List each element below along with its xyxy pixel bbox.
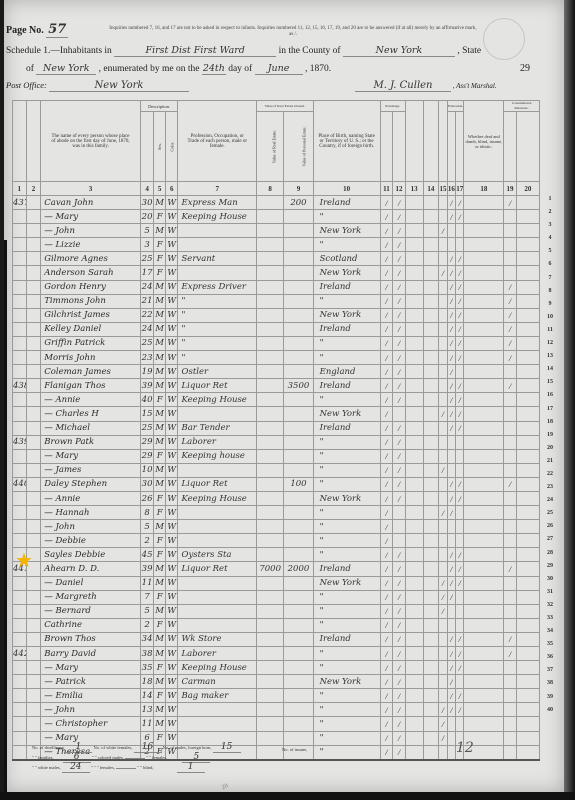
cell-occupation xyxy=(178,604,257,618)
line-number: 40 xyxy=(540,704,560,717)
schedule-label: Schedule 1.—Inhabitants in xyxy=(6,46,112,56)
line-number: 33 xyxy=(540,612,560,625)
cell-color: W xyxy=(165,520,178,534)
colored-females-value xyxy=(116,768,136,769)
cell-infirm xyxy=(464,252,504,266)
cell-read: / xyxy=(447,196,455,210)
cell-personal xyxy=(284,604,313,618)
cell-sex: M xyxy=(154,604,166,618)
cell-real xyxy=(257,238,284,252)
cell-denied xyxy=(516,745,539,760)
cell-f: / xyxy=(380,379,393,393)
cell-married xyxy=(423,365,439,379)
cell-f: / xyxy=(380,407,393,421)
cell-read: / xyxy=(447,689,455,703)
cell-born xyxy=(405,336,423,350)
cell-dwelling: 442 xyxy=(13,647,27,661)
cell-name: Sayles Debbie xyxy=(41,548,141,562)
cell-f: / xyxy=(380,506,393,520)
cell-family xyxy=(26,407,41,421)
cell-infirm xyxy=(464,618,504,632)
cell-married xyxy=(423,421,439,435)
cell-real: 7000 xyxy=(257,562,284,576)
cell-dwelling xyxy=(13,407,27,421)
cell-sch xyxy=(439,477,447,491)
cell-sch xyxy=(439,689,447,703)
cell-f: / xyxy=(380,548,393,562)
cell-color: W xyxy=(165,435,178,449)
cell-born xyxy=(405,632,423,646)
cell-personal xyxy=(284,548,313,562)
cell-infirm xyxy=(464,647,504,661)
cell-cit xyxy=(504,506,517,520)
line-numbers: 1234567891011121314151617181920212223242… xyxy=(540,193,560,717)
cell-m: / xyxy=(393,703,406,717)
cell-infirm xyxy=(464,463,504,477)
cell-birth: " xyxy=(313,731,380,745)
foreign-males-label: No. of males, foreign born, xyxy=(163,745,212,750)
cell-married xyxy=(423,294,439,308)
cell-m: / xyxy=(393,393,406,407)
table-row: Kelley Daniel24MW"Ireland///// xyxy=(13,322,540,336)
cell-family xyxy=(26,477,41,491)
table-row: Anderson Sarah17FWNew York///// xyxy=(13,266,540,280)
cell-color: W xyxy=(165,661,178,675)
cell-occupation xyxy=(178,520,257,534)
cell-personal xyxy=(284,647,313,661)
col-num: 18 xyxy=(464,182,504,196)
cell-family xyxy=(26,463,41,477)
cell-read: / xyxy=(447,365,455,379)
cell-sex: F xyxy=(154,590,166,604)
line-number: 13 xyxy=(540,350,560,363)
cell-family xyxy=(26,590,41,604)
cell-personal xyxy=(284,632,313,646)
cell-personal xyxy=(284,449,313,463)
cell-color: W xyxy=(165,632,178,646)
cell-read xyxy=(447,463,455,477)
cell-age: 15 xyxy=(140,407,154,421)
cell-birth: New York xyxy=(313,224,380,238)
cell-denied xyxy=(516,224,539,238)
cell-sch xyxy=(439,491,447,505)
line-number: 28 xyxy=(540,547,560,560)
cell-cit xyxy=(504,435,517,449)
cell-write: / xyxy=(456,562,464,576)
cell-married xyxy=(423,196,439,210)
cell-dwelling xyxy=(13,280,27,294)
schedule-line: Schedule 1.—Inhabitants in First Dist Fi… xyxy=(6,45,481,57)
cell-sex: M xyxy=(154,421,166,435)
cell-f: / xyxy=(380,731,393,745)
cell-sch xyxy=(439,745,447,760)
cell-dwelling xyxy=(13,731,27,745)
cell-personal: 3500 xyxy=(284,379,313,393)
table-row: — Bernard5MW"/// xyxy=(13,604,540,618)
cell-name: — Emilia xyxy=(41,689,141,703)
cell-real xyxy=(257,407,284,421)
cell-occupation: Oysters Sta xyxy=(178,548,257,562)
cell-family xyxy=(26,294,41,308)
cell-write xyxy=(456,675,464,689)
cell-born xyxy=(405,365,423,379)
cell-dwelling xyxy=(13,661,27,675)
cell-f: / xyxy=(380,266,393,280)
table-row: Griffin Patrick25MW""///// xyxy=(13,336,540,350)
cell-color: W xyxy=(165,576,178,590)
col-married-year-header: If married within the year, state month. xyxy=(423,101,439,182)
cell-infirm xyxy=(464,506,504,520)
cell-name: Brown Thos xyxy=(41,632,141,646)
cell-sex: F xyxy=(154,548,166,562)
cell-name: — Bernard xyxy=(41,604,141,618)
page-summary: No. of dwellings, 1 No. of white females… xyxy=(32,742,241,772)
cell-denied xyxy=(516,463,539,477)
cell-real xyxy=(257,266,284,280)
cell-family xyxy=(26,280,41,294)
cell-birth: " xyxy=(313,661,380,675)
cell-name: — Hannah xyxy=(41,506,141,520)
line-number: 14 xyxy=(540,363,560,376)
cell-dwelling xyxy=(13,717,27,731)
cell-sex: F xyxy=(154,238,166,252)
cell-occupation xyxy=(178,703,257,717)
cell-cit xyxy=(504,224,517,238)
cell-occupation: Express Man xyxy=(178,196,257,210)
cell-real xyxy=(257,365,284,379)
cell-born xyxy=(405,717,423,731)
cell-personal xyxy=(284,393,313,407)
cell-sch xyxy=(439,379,447,393)
month-value: June xyxy=(255,63,303,75)
cell-family xyxy=(26,238,41,252)
col-num: 6 xyxy=(165,182,178,196)
col-born-year-header: If born within the year, state month. xyxy=(405,101,423,182)
cell-cit xyxy=(504,421,517,435)
cell-occupation: " xyxy=(178,294,257,308)
col-mother-foreign-header: Mother of foreign birth. xyxy=(393,112,406,182)
line-number: 29 xyxy=(540,560,560,573)
dwellings-label: No. of dwellings, xyxy=(32,745,63,750)
col-father-foreign-header: Father of foreign birth. xyxy=(380,112,393,182)
cell-denied xyxy=(516,322,539,336)
cell-f: / xyxy=(380,463,393,477)
cell-personal: 200 xyxy=(284,196,313,210)
table-row: 441Ahearn D. D.39MWLiquor Ret70002000Ire… xyxy=(13,562,540,576)
line-number: 24 xyxy=(540,494,560,507)
table-row: Coleman James19MWOstlerEngland/// xyxy=(13,365,540,379)
cell-denied xyxy=(516,351,539,365)
cell-sex: F xyxy=(154,618,166,632)
cell-birth: " xyxy=(313,477,380,491)
page-bottom-edge xyxy=(0,792,575,800)
cell-dwelling xyxy=(13,604,27,618)
cell-dwelling xyxy=(13,534,27,548)
cell-occupation: Wk Store xyxy=(178,632,257,646)
cell-family xyxy=(26,210,41,224)
cell-sex: M xyxy=(154,562,166,576)
summary-line-1: No. of dwellings, 1 No. of white females… xyxy=(32,742,241,752)
cell-occupation: Laborer xyxy=(178,647,257,661)
cell-birth: " xyxy=(313,590,380,604)
enumerated-label: , enumerated by me on the xyxy=(99,64,200,74)
cell-sch xyxy=(439,280,447,294)
cell-born xyxy=(405,647,423,661)
cell-real xyxy=(257,336,284,350)
cell-m: / xyxy=(393,562,406,576)
line-number: 10 xyxy=(540,311,560,324)
cell-m: / xyxy=(393,238,406,252)
cell-family xyxy=(26,506,41,520)
cell-denied xyxy=(516,534,539,548)
cell-dwelling xyxy=(13,632,27,646)
education-group-header: Education. xyxy=(447,101,464,112)
cell-born xyxy=(405,703,423,717)
cell-read xyxy=(447,618,455,632)
line-number: 32 xyxy=(540,599,560,612)
line-number: 3 xyxy=(540,219,560,232)
cell-occupation: Carman xyxy=(178,675,257,689)
cell-infirm xyxy=(464,717,504,731)
table-row: — Mary20FWKeeping House"//// xyxy=(13,210,540,224)
col-citizen-header: Male Citizens of U. S. of 21 years of ag… xyxy=(504,112,517,182)
cell-name: — Christopher xyxy=(41,717,141,731)
cell-married xyxy=(423,280,439,294)
line-number: 7 xyxy=(540,272,560,285)
cell-sch xyxy=(439,393,447,407)
cell-occupation xyxy=(178,238,257,252)
cell-color: W xyxy=(165,322,178,336)
cell-color: W xyxy=(165,421,178,435)
cell-married xyxy=(423,322,439,336)
cell-write: / xyxy=(456,266,464,280)
cell-f: / xyxy=(380,336,393,350)
cell-married xyxy=(423,745,439,760)
colored-males-value xyxy=(125,758,145,759)
cell-read: / xyxy=(447,675,455,689)
cell-write: / xyxy=(456,647,464,661)
cell-family xyxy=(26,534,41,548)
cell-read: / xyxy=(447,576,455,590)
cell-sch xyxy=(439,435,447,449)
table-row: Morris John23MW""///// xyxy=(13,351,540,365)
cell-birth: New York xyxy=(313,407,380,421)
column-number-row: 1 2 3 4 5 6 7 8 9 10 11 12 13 14 15 16 1… xyxy=(13,182,540,196)
cell-personal xyxy=(284,294,313,308)
cell-personal xyxy=(284,252,313,266)
cell-cit xyxy=(504,703,517,717)
cell-dwelling xyxy=(13,506,27,520)
table-row: — Emilia14FWBag maker"//// xyxy=(13,689,540,703)
cell-cit xyxy=(504,491,517,505)
cell-name: — John xyxy=(41,520,141,534)
line-number: 19 xyxy=(540,429,560,442)
cell-personal xyxy=(284,463,313,477)
cell-name: — Michael xyxy=(41,421,141,435)
cell-m xyxy=(393,407,406,421)
cell-real xyxy=(257,224,284,238)
cell-infirm xyxy=(464,294,504,308)
cell-cit xyxy=(504,689,517,703)
cell-sex: M xyxy=(154,435,166,449)
cell-personal xyxy=(284,731,313,745)
cell-color: W xyxy=(165,562,178,576)
cell-real xyxy=(257,717,284,731)
cell-cit: / xyxy=(504,322,517,336)
cell-denied xyxy=(516,421,539,435)
cell-personal xyxy=(284,491,313,505)
cell-married xyxy=(423,661,439,675)
cell-occupation: Keeping House xyxy=(178,393,257,407)
description-group-header: Description. xyxy=(140,101,178,112)
cell-cit: / xyxy=(504,379,517,393)
cell-f: / xyxy=(380,689,393,703)
line-number: 1 xyxy=(540,193,560,206)
cell-name: Flanigan Thos xyxy=(41,379,141,393)
cell-write: / xyxy=(456,477,464,491)
table-row: Sayles Debbie45FWOysters Sta"//// xyxy=(13,548,540,562)
cell-occupation: Liquor Ret xyxy=(178,562,257,576)
cell-sch xyxy=(439,632,447,646)
cell-write: / xyxy=(456,196,464,210)
cell-married xyxy=(423,463,439,477)
cell-personal xyxy=(284,534,313,548)
cell-write: / xyxy=(456,689,464,703)
cell-infirm xyxy=(464,661,504,675)
cell-sex: F xyxy=(154,534,166,548)
cell-born xyxy=(405,506,423,520)
cell-m: / xyxy=(393,491,406,505)
cell-denied xyxy=(516,661,539,675)
cell-born xyxy=(405,491,423,505)
cell-born xyxy=(405,266,423,280)
cell-write xyxy=(456,717,464,731)
cell-married xyxy=(423,689,439,703)
colored-females-label: " " " females, xyxy=(91,765,115,770)
cell-sch: / xyxy=(439,224,447,238)
cell-personal xyxy=(284,308,313,322)
cell-m: / xyxy=(393,675,406,689)
cell-married xyxy=(423,224,439,238)
cell-infirm xyxy=(464,196,504,210)
cell-age: 17 xyxy=(140,266,154,280)
cell-married xyxy=(423,576,439,590)
cell-birth: " xyxy=(313,618,380,632)
cell-sch: / xyxy=(439,266,447,280)
cell-age: 19 xyxy=(140,365,154,379)
cell-birth: New York xyxy=(313,576,380,590)
cell-occupation: Keeping house xyxy=(178,449,257,463)
cell-real xyxy=(257,590,284,604)
group-header-row: Dwelling-houses, numbered in the order o… xyxy=(13,101,540,112)
cell-real xyxy=(257,632,284,646)
cell-sex: F xyxy=(154,210,166,224)
cell-infirm xyxy=(464,548,504,562)
cell-occupation: Laborer xyxy=(178,435,257,449)
cell-birth: " xyxy=(313,435,380,449)
col-personal-estate-header: Value of Personal Estate. xyxy=(284,112,313,182)
foreign-males-value: 15 xyxy=(213,742,241,753)
cell-write: / xyxy=(456,280,464,294)
cell-color: W xyxy=(165,477,178,491)
cell-born xyxy=(405,393,423,407)
cell-cit xyxy=(504,266,517,280)
cell-birth: Ireland xyxy=(313,632,380,646)
cell-personal xyxy=(284,506,313,520)
cell-sch xyxy=(439,308,447,322)
cell-denied xyxy=(516,449,539,463)
line-number: 22 xyxy=(540,468,560,481)
cell-birth: " xyxy=(313,647,380,661)
cell-m: / xyxy=(393,477,406,491)
cell-write: / xyxy=(456,322,464,336)
constitutional-group-header: Constitutional Relations. xyxy=(504,101,540,112)
cell-age: 29 xyxy=(140,449,154,463)
star-annotation-icon[interactable]: ★ xyxy=(15,551,33,571)
line-number: 27 xyxy=(540,533,560,546)
cell-sch xyxy=(439,618,447,632)
cell-sex: M xyxy=(154,520,166,534)
cell-write: / xyxy=(456,407,464,421)
cell-denied xyxy=(516,393,539,407)
cell-denied xyxy=(516,590,539,604)
cell-age: 13 xyxy=(140,703,154,717)
cell-birth: " xyxy=(313,548,380,562)
post-office-line: Post Office: New York xyxy=(6,80,189,92)
line-number: 11 xyxy=(540,324,560,337)
cell-m: / xyxy=(393,632,406,646)
cell-sex: M xyxy=(154,647,166,661)
cell-read xyxy=(447,435,455,449)
cell-f: / xyxy=(380,534,393,548)
col-real-estate-header: Value of Real Estate. xyxy=(257,112,284,182)
cell-family xyxy=(26,491,41,505)
cell-age: 38 xyxy=(140,647,154,661)
cell-sex: F xyxy=(154,393,166,407)
cell-infirm xyxy=(464,576,504,590)
cell-read: / xyxy=(447,308,455,322)
cell-married xyxy=(423,618,439,632)
cell-personal xyxy=(284,322,313,336)
white-males-value: 24 xyxy=(62,762,90,773)
cell-sex: M xyxy=(154,336,166,350)
col-infirmity-header: Whether deaf and dumb, blind, insane, or… xyxy=(464,101,504,182)
cell-sex: M xyxy=(154,675,166,689)
cell-name: — Debbie xyxy=(41,534,141,548)
cell-color: W xyxy=(165,351,178,365)
cell-sch: / xyxy=(439,703,447,717)
cell-personal xyxy=(284,675,313,689)
cell-family xyxy=(26,632,41,646)
cell-write: / xyxy=(456,308,464,322)
cell-born xyxy=(405,576,423,590)
cell-sex: M xyxy=(154,322,166,336)
line-number: 2 xyxy=(540,206,560,219)
cell-occupation xyxy=(178,717,257,731)
cell-f: / xyxy=(380,590,393,604)
cell-read: / xyxy=(447,703,455,717)
cell-color: W xyxy=(165,407,178,421)
cell-age: 25 xyxy=(140,336,154,350)
cell-read xyxy=(447,449,455,463)
cell-sex: F xyxy=(154,506,166,520)
cell-m: / xyxy=(393,196,406,210)
cell-m: / xyxy=(393,647,406,661)
pencil-note: 12 xyxy=(456,740,474,756)
cell-cit xyxy=(504,745,517,760)
cell-born xyxy=(405,196,423,210)
cell-f: / xyxy=(380,224,393,238)
